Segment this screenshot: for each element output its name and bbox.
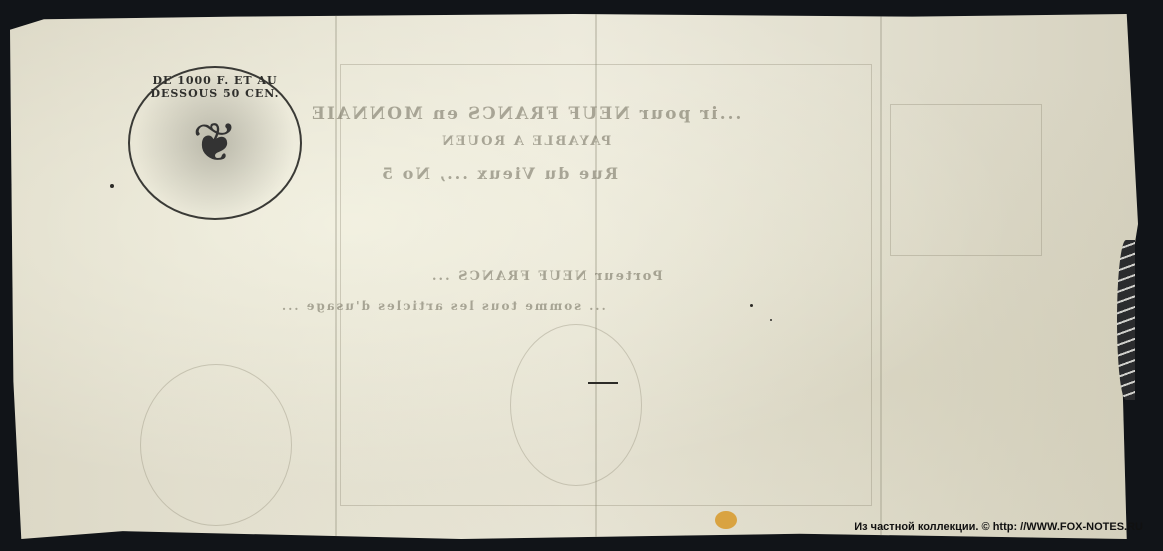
ink-spot	[770, 319, 772, 321]
tax-stamp: DE 1000 F. ET AU DESSOUS 50 CEN. ❦	[128, 66, 302, 220]
watermark-seal	[510, 324, 642, 486]
fold-line	[335, 14, 337, 539]
show-through-line: ... somme tous les articles d'usage ...	[280, 299, 606, 313]
show-through-line: Rue du Vieux ..., No 5	[380, 164, 618, 183]
show-through-line: ...ir pour NEUF FRANCS en MONNAIE	[310, 104, 741, 124]
thistle-icon: ❦	[185, 103, 245, 183]
ink-spot	[588, 382, 618, 384]
torn-edge	[1117, 240, 1135, 400]
copyright-caption: Из частной коллекции. © http: //WWW.FOX-…	[854, 521, 1143, 533]
watermark-panel	[890, 104, 1042, 256]
show-through-line: Porteur NEUF FRANCS ...	[430, 269, 663, 284]
watermark-seal	[140, 364, 292, 526]
show-through-line: PAYABLE A ROUEN	[440, 134, 611, 149]
banknote: ...ir pour NEUF FRANCS en MONNAIE PAYABL…	[10, 14, 1138, 539]
ink-spot	[110, 184, 114, 188]
ink-spot	[750, 304, 753, 307]
stamp-text: DE 1000 F. ET AU DESSOUS 50 CEN.	[130, 74, 300, 100]
fold-line	[880, 14, 882, 539]
stain	[715, 511, 737, 529]
